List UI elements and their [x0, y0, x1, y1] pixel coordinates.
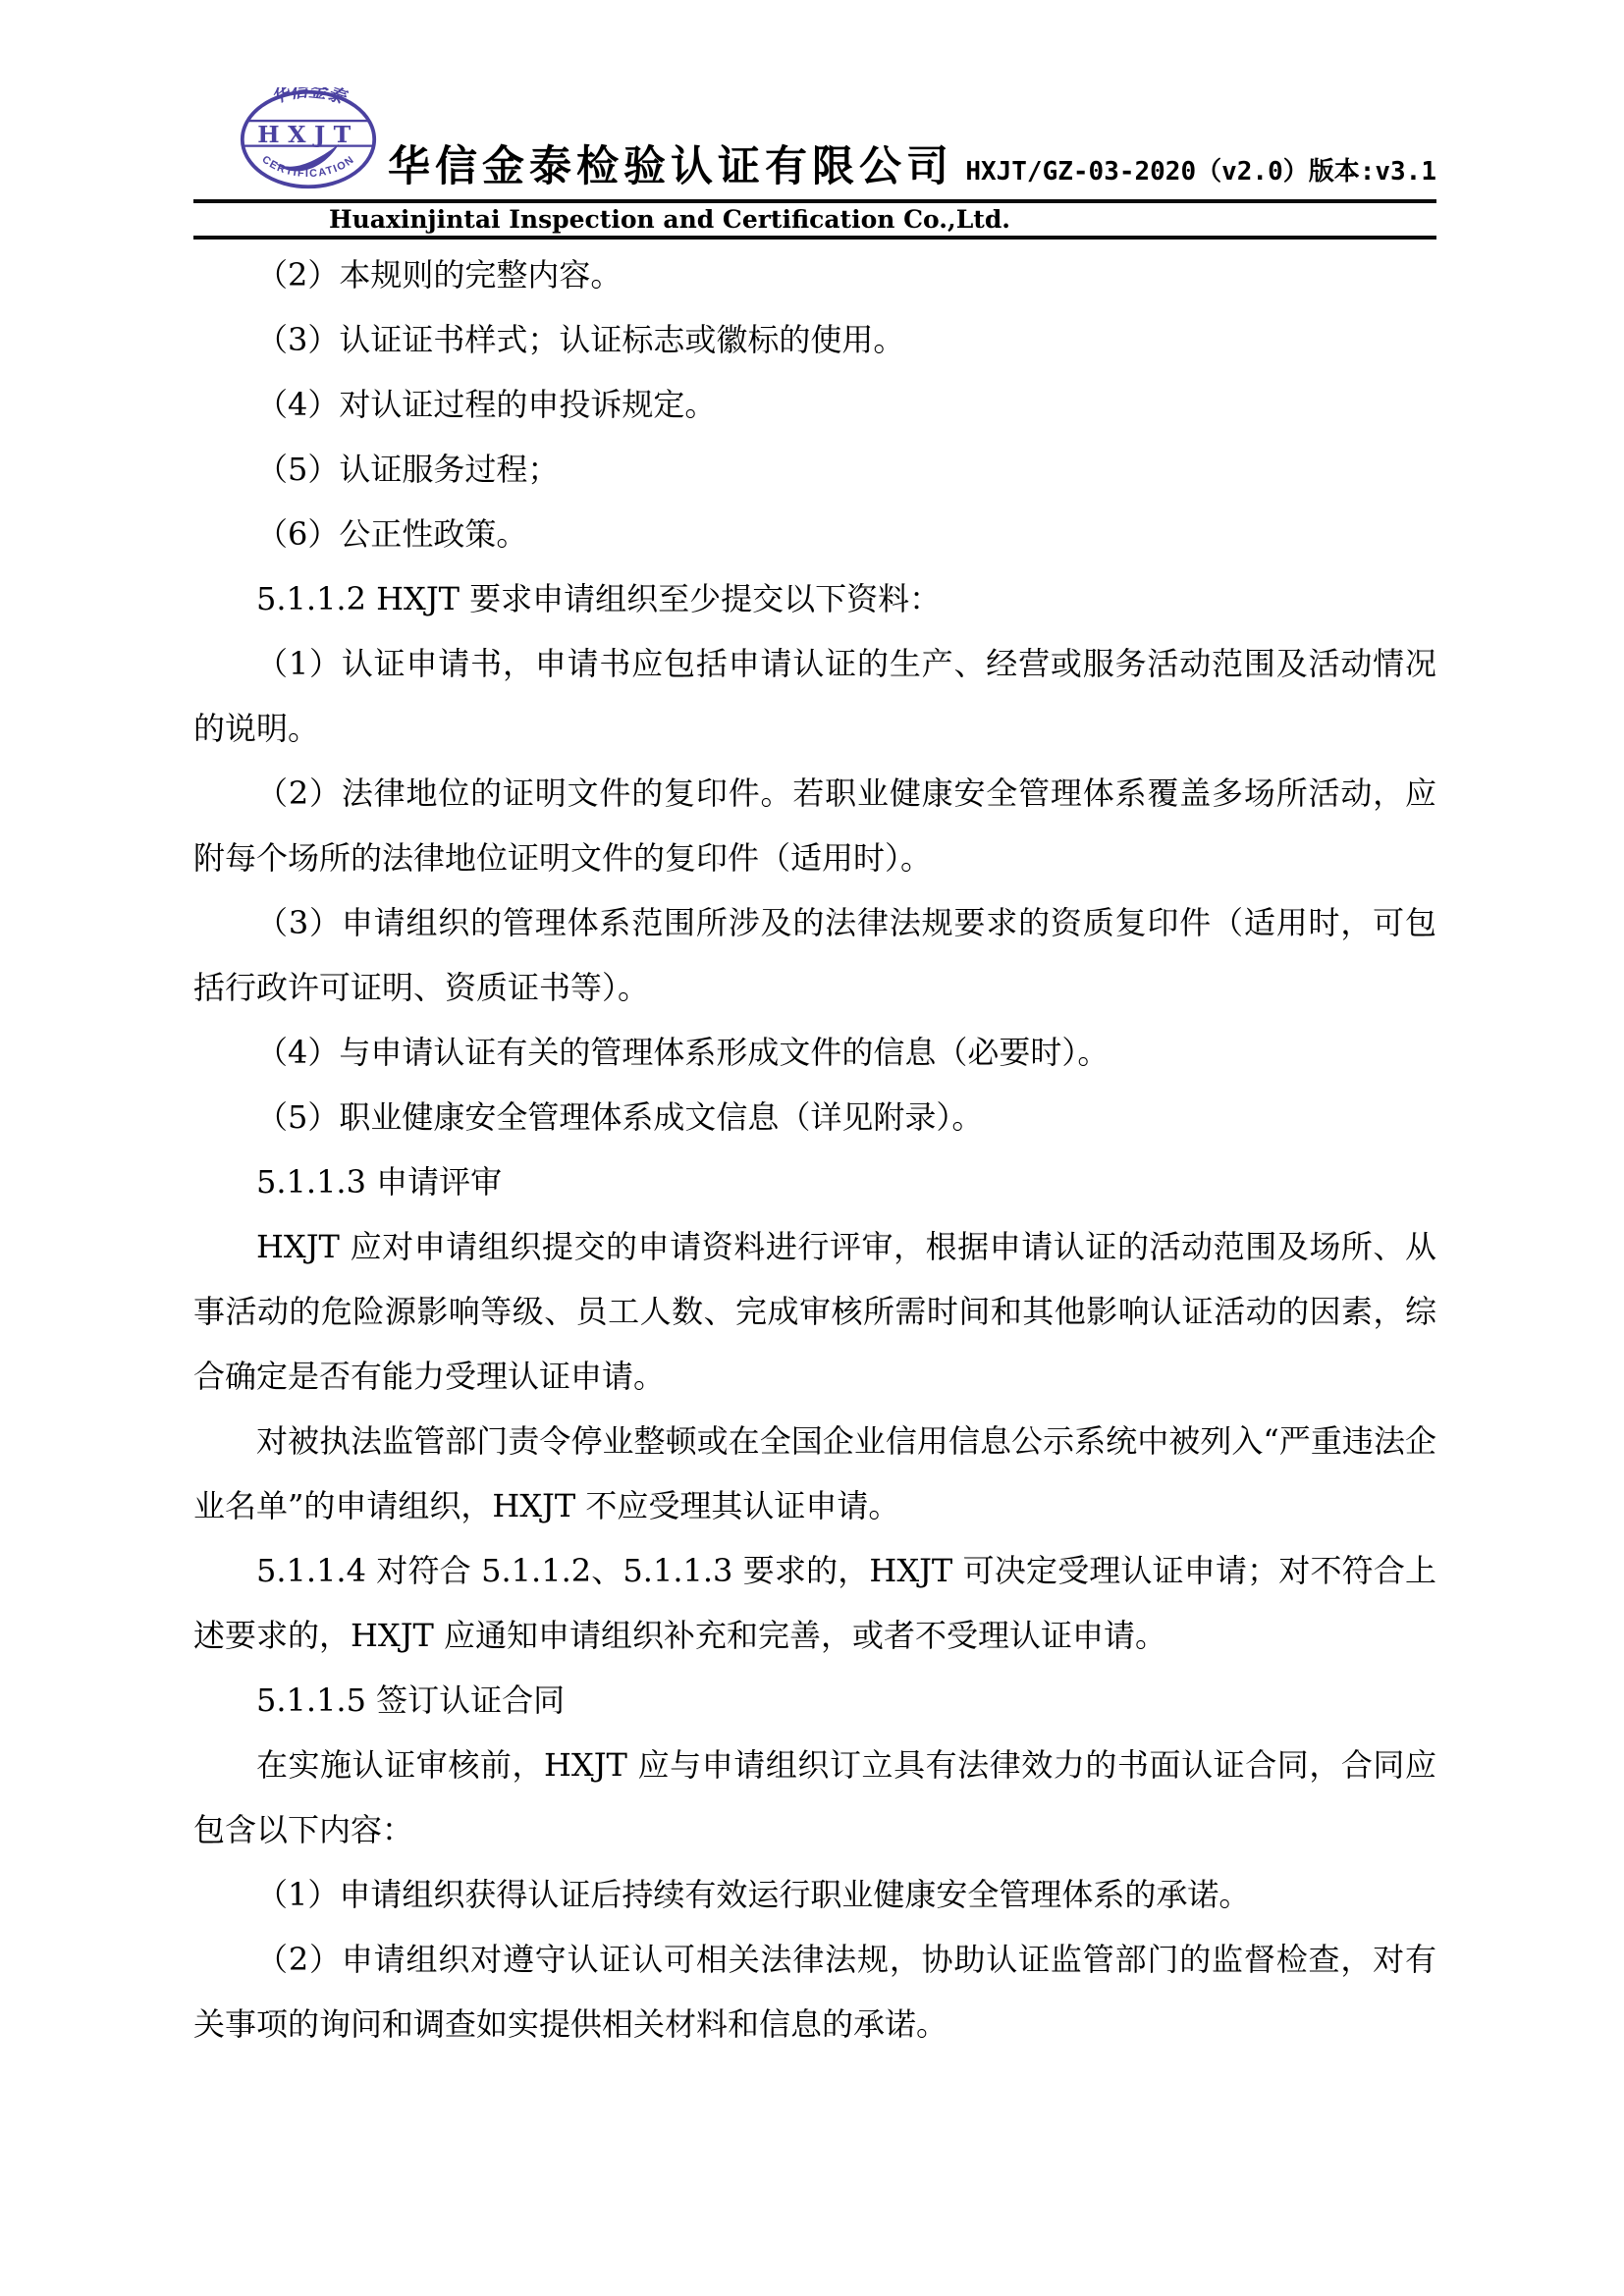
- paragraph: （1）申请组织获得认证后持续有效运行职业健康安全管理体系的承诺。: [193, 1862, 1436, 1927]
- paragraph: （2）法律地位的证明文件的复印件。若职业健康安全管理体系覆盖多场所活动，应附每个…: [193, 761, 1436, 890]
- section-heading: 5.1.1.4 对符合 5.1.1.2、5.1.1.3 要求的，HXJT 可决定…: [193, 1538, 1436, 1668]
- paragraph: 在实施认证审核前，HXJT 应与申请组织订立具有法律效力的书面认证合同，合同应包…: [193, 1733, 1436, 1862]
- section-heading: 5.1.1.5 签订认证合同: [193, 1668, 1436, 1733]
- document-code: HXJT/GZ-03-2020（v2.0）版本:v3.1: [965, 151, 1436, 191]
- header-rule-bottom: [193, 236, 1436, 240]
- paragraph: HXJT 应对申请组织提交的申请资料进行评审，根据申请认证的活动范围及场所、从事…: [193, 1214, 1436, 1409]
- document-body: （2）本规则的完整内容。 （3）认证证书样式；认证标志或徽标的使用。 （4）对认…: [193, 242, 1436, 2056]
- paragraph: （4）对认证过程的申投诉规定。: [193, 372, 1436, 437]
- company-name-cn: 华信金泰检验认证有限公司: [388, 145, 953, 191]
- section-heading: 5.1.1.2 HXJT 要求申请组织至少提交以下资料：: [193, 566, 1436, 631]
- company-name-en: Huaxinjintai Inspection and Certificatio…: [193, 203, 1146, 236]
- paragraph: （2）本规则的完整内容。: [193, 242, 1436, 307]
- header-top-row: 华信金泰 HXJT CERTIFICATION 华信金泰检验认证有限公司 HXJ…: [193, 44, 1436, 191]
- logo-acronym: HXJT: [257, 121, 359, 148]
- paragraph: （5）认证服务过程；: [193, 437, 1436, 502]
- page-header: 华信金泰 HXJT CERTIFICATION 华信金泰检验认证有限公司 HXJ…: [193, 44, 1436, 240]
- paragraph: （3）申请组织的管理体系范围所涉及的法律法规要求的资质复印件（适用时，可包括行政…: [193, 890, 1436, 1020]
- paragraph: （4）与申请认证有关的管理体系形成文件的信息（必要时）。: [193, 1020, 1436, 1085]
- paragraph: （2）申请组织对遵守认证认可相关法律法规，协助认证监管部门的监督检查，对有关事项…: [193, 1927, 1436, 2056]
- section-heading: 5.1.1.3 申请评审: [193, 1149, 1436, 1214]
- document-page: 华信金泰 HXJT CERTIFICATION 华信金泰检验认证有限公司 HXJ…: [0, 0, 1624, 2296]
- paragraph: （5）职业健康安全管理体系成文信息（详见附录）。: [193, 1085, 1436, 1149]
- paragraph: （3）认证证书样式；认证标志或徽标的使用。: [193, 307, 1436, 372]
- logo-arc-top-text: 华信金泰: [269, 87, 351, 109]
- company-logo: 华信金泰 HXJT CERTIFICATION: [239, 87, 378, 191]
- paragraph: 对被执法监管部门责令停业整顿或在全国企业信用信息公示系统中被列入“严重违法企业名…: [193, 1409, 1436, 1538]
- paragraph: （6）公正性政策。: [193, 502, 1436, 566]
- paragraph: （1）认证申请书，申请书应包括申请认证的生产、经营或服务活动范围及活动情况的说明…: [193, 631, 1436, 761]
